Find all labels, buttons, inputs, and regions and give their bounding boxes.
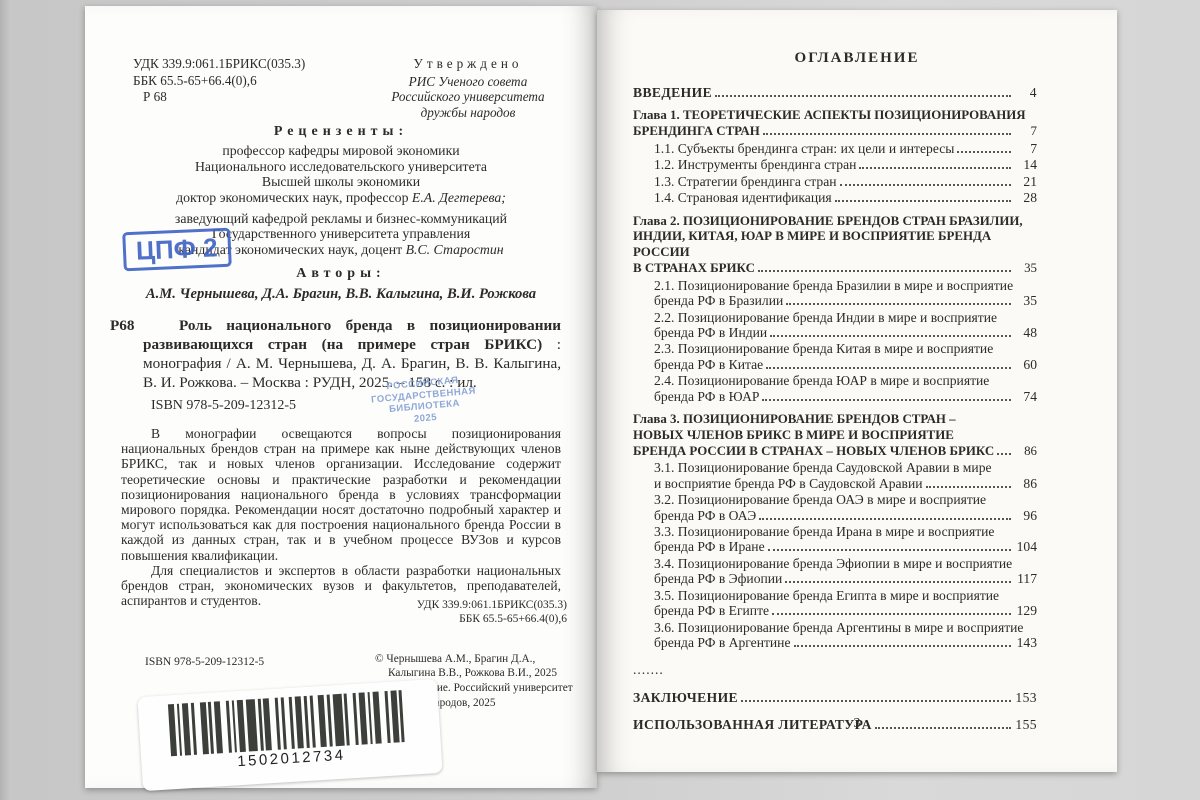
toc-entry: 1.4. Страновая идентификация28: [633, 190, 1037, 205]
annotation-paragraph: В монографии освещаются вопросы позицион…: [121, 426, 561, 563]
toc-row: бренда РФ в ОАЭ96: [654, 508, 1037, 523]
toc-entry: 3.3. Позиционирование бренда Ирана в мир…: [633, 524, 1037, 555]
toc-line: Глава 3. ПОЗИЦИОНИРОВАНИЕ БРЕНДОВ СТРАН …: [633, 412, 1037, 428]
toc-leader-dots: [957, 151, 1011, 153]
toc-page-number: 153: [1013, 690, 1037, 705]
toc-row: В СТРАНАХ БРИКС35: [633, 261, 1037, 277]
toc-leader-dots: [763, 133, 1011, 135]
toc-line-text: 1.3. Стратегии брендинга стран: [654, 174, 837, 189]
toc-page-number: 74: [1013, 389, 1037, 404]
udc-line: УДК 339.9:061.1БРИКС(035.3): [133, 56, 305, 73]
toc-line-text: бренда РФ в Иране: [654, 539, 765, 554]
toc-entry: ВВЕДЕНИЕ4: [633, 85, 1037, 100]
toc-line-text: 1.4. Страновая идентификация: [654, 190, 832, 205]
reviewer-line: Высшей школы экономики: [85, 174, 597, 189]
toc-page-number: 86: [1013, 444, 1037, 460]
toc-entry: ЗАКЛЮЧЕНИЕ153: [633, 690, 1037, 705]
page-number: 3: [597, 716, 1117, 732]
toc-entry: 3.5. Позиционирование бренда Египта в ми…: [633, 588, 1037, 619]
toc-line-text: бренда РФ в Бразилии: [654, 293, 783, 308]
toc-page-number: 35: [1013, 261, 1037, 277]
toc-line-text: бренда РФ в Аргентине: [654, 635, 791, 650]
author-sign-line: Р 68: [133, 89, 305, 106]
toc-row: 1.4. Страновая идентификация28: [654, 190, 1037, 205]
toc-page-number: 129: [1013, 603, 1037, 618]
approved-line: дружбы народов: [373, 105, 563, 121]
toc-entry: 1.2. Инструменты брендинга стран14: [633, 157, 1037, 172]
toc-line-text: бренда РФ в Египте: [654, 603, 769, 618]
toc-row: бренда РФ в Эфиопии117: [654, 571, 1037, 586]
toc-leader-dots: [926, 486, 1011, 488]
toc-line: Глава 1. ТЕОРЕТИЧЕСКИЕ АСПЕКТЫ ПОЗИЦИОНИ…: [633, 108, 1037, 124]
toc-line: 2.1. Позиционирование бренда Бразилии в …: [654, 278, 1037, 293]
copyright-line: Чернышева А.М., Брагин Д.А.,: [386, 653, 535, 665]
reviewers-heading: Рецензенты:: [85, 124, 597, 139]
toc-line: .......: [633, 662, 1037, 677]
toc-page-number: 143: [1013, 635, 1037, 650]
toc-line-text: бренда РФ в Эфиопии: [654, 571, 782, 586]
authors-names: А.М. Чернышева, Д.А. Брагин, В.В. Калыги…: [85, 286, 597, 303]
toc-page-number: 60: [1013, 357, 1037, 372]
toc-line-text: В СТРАНАХ БРИКС: [633, 261, 755, 277]
toc-page-number: 117: [1013, 571, 1037, 586]
toc-leader-dots: [768, 549, 1011, 551]
toc-entry: 2.1. Позиционирование бренда Бразилии в …: [633, 278, 1037, 309]
toc-row: бренда РФ в Иране104: [654, 539, 1037, 554]
toc-line: 3.1. Позиционирование бренда Саудовской …: [654, 460, 1037, 475]
toc-title: ОГЛАВЛЕНИЕ: [597, 50, 1117, 67]
toc-entry: Глава 2. ПОЗИЦИОНИРОВАНИЕ БРЕНДОВ СТРАН …: [633, 214, 1037, 277]
toc-row: БРЕНДИНГА СТРАН7: [633, 124, 1037, 140]
toc-page-number: 21: [1013, 174, 1037, 189]
toc-page-number: 4: [1013, 85, 1037, 100]
copyright-item: © Чернышева А.М., Брагин Д.А., Калыгина …: [375, 652, 573, 680]
toc-entry: Глава 1. ТЕОРЕТИЧЕСКИЕ АСПЕКТЫ ПОЗИЦИОНИ…: [633, 108, 1037, 140]
toc-line: Глава 2. ПОЗИЦИОНИРОВАНИЕ БРЕНДОВ СТРАН …: [633, 214, 1037, 230]
catalog-code: Р68: [110, 316, 134, 335]
toc-page-number: 35: [1013, 293, 1037, 308]
imprint-page: УДК 339.9:061.1БРИКС(035.3) ББК 65.5-65+…: [85, 6, 597, 788]
authors-block: Авторы: А.М. Чернышева, Д.А. Брагин, В.В…: [85, 266, 597, 303]
toc-page-number: 7: [1013, 141, 1037, 156]
toc-row: бренда РФ в Индии48: [654, 325, 1037, 340]
toc-line-text: ЗАКЛЮЧЕНИЕ: [633, 690, 738, 705]
bbk-line: ББК 65.5-65+66.4(0),6: [417, 612, 567, 626]
toc-row: бренда РФ в Аргентине143: [654, 635, 1037, 650]
reviewer-line: заведующий кафедрой рекламы и бизнес-ком…: [85, 211, 597, 226]
toc-leader-dots: [785, 581, 1011, 583]
toc-leader-dots: [766, 367, 1011, 369]
toc-line-text: БРЕНДА РОССИИ В СТРАНАХ – НОВЫХ ЧЛЕНОВ Б…: [633, 444, 994, 460]
table-of-contents-page: ОГЛАВЛЕНИЕ ВВЕДЕНИЕ4Глава 1. ТЕОРЕТИЧЕСК…: [597, 10, 1117, 772]
approved-heading: Утверждено: [373, 56, 563, 72]
toc-page-number: 14: [1013, 157, 1037, 172]
isbn-number: ISBN 978-5-209-12312-5: [151, 398, 296, 414]
toc-row: бренда РФ в ЮАР74: [654, 389, 1037, 404]
toc-line-text: 1.1. Субъекты брендинга стран: их цели и…: [654, 141, 954, 156]
toc-leader-dots: [770, 335, 1011, 337]
copyright-line: Калыгина В.В., Рожкова В.И., 2025: [375, 666, 573, 680]
reviewer-line: Национального исследовательского универс…: [85, 159, 597, 174]
toc-row: БРЕНДА РОССИИ В СТРАНАХ – НОВЫХ ЧЛЕНОВ Б…: [633, 444, 1037, 460]
toc-row: бренда РФ в Египте129: [654, 603, 1037, 618]
toc-line: 2.4. Позиционирование бренда ЮАР в мире …: [654, 373, 1037, 388]
toc-line: 3.2. Позиционирование бренда ОАЭ в мире …: [654, 492, 1037, 507]
scanned-book-spread: УДК 339.9:061.1БРИКС(035.3) ББК 65.5-65+…: [0, 0, 1200, 800]
degree-text: доктор экономических наук, профессор: [176, 190, 412, 205]
reviewer-line: профессор кафедры мировой экономики: [85, 143, 597, 158]
toc-row: ВВЕДЕНИЕ4: [633, 85, 1037, 100]
toc-leader-dots: [997, 453, 1011, 455]
udc-bbk-bottom: УДК 339.9:061.1БРИКС(035.3) ББК 65.5-65+…: [417, 598, 567, 626]
toc-entry: 3.2. Позиционирование бренда ОАЭ в мире …: [633, 492, 1037, 523]
approved-line: Российского университета: [373, 89, 563, 105]
toc-entry: 1.1. Субъекты брендинга стран: их цели и…: [633, 141, 1037, 156]
toc-line-text: ВВЕДЕНИЕ: [633, 85, 712, 100]
udc-line: УДК 339.9:061.1БРИКС(035.3): [417, 598, 567, 612]
toc-page-number: 28: [1013, 190, 1037, 205]
toc-line: ИНДИИ, КИТАЯ, ЮАР В МИРЕ И ВОСПРИЯТИЕ БР…: [633, 229, 1037, 261]
toc-row: ЗАКЛЮЧЕНИЕ153: [633, 690, 1037, 705]
toc-entry: 3.1. Позиционирование бренда Саудовской …: [633, 460, 1037, 491]
cpf-stamp: ЦПФ 2: [122, 228, 231, 272]
toc-leader-dots: [859, 167, 1011, 169]
approved-block: Утверждено РИС Ученого совета Российског…: [373, 56, 563, 120]
toc-row: 1.1. Субъекты брендинга стран: их цели и…: [654, 141, 1037, 156]
toc-entry: 1.3. Стратегии брендинга стран21: [633, 174, 1037, 189]
toc-row: 1.2. Инструменты брендинга стран14: [654, 157, 1037, 172]
toc-entry: 3.6. Позиционирование бренда Аргентины в…: [633, 620, 1037, 651]
toc-entry: Глава 3. ПОЗИЦИОНИРОВАНИЕ БРЕНДОВ СТРАН …: [633, 412, 1037, 459]
book-title: Роль национального бренда в позициониров…: [143, 317, 561, 353]
udc-bbk-block: УДК 339.9:061.1БРИКС(035.3) ББК 65.5-65+…: [133, 56, 305, 106]
toc-line-text: бренда РФ в Индии: [654, 325, 767, 340]
toc-entry: 3.4. Позиционирование бренда Эфиопии в м…: [633, 556, 1037, 587]
toc-row: бренда РФ в Бразилии35: [654, 293, 1037, 308]
toc-line: 3.4. Позиционирование бренда Эфиопии в м…: [654, 556, 1037, 571]
toc-leader-dots: [715, 95, 1011, 97]
toc-row: бренда РФ в Китае60: [654, 357, 1037, 372]
toc-entry: .......: [633, 662, 1037, 677]
toc-page-number: 48: [1013, 325, 1037, 340]
barcode-sticker: 1502012734: [137, 679, 442, 791]
toc-line: 3.3. Позиционирование бренда Ирана в мир…: [654, 524, 1037, 539]
isbn-number-bottom: ISBN 978-5-209-12312-5: [145, 656, 264, 668]
toc-line: НОВЫХ ЧЛЕНОВ БРИКС В МИРЕ И ВОСПРИЯТИЕ: [633, 428, 1037, 444]
toc-list: ВВЕДЕНИЕ4Глава 1. ТЕОРЕТИЧЕСКИЕ АСПЕКТЫ …: [633, 84, 1037, 733]
toc-row: и восприятие бренда РФ в Саудовской Арав…: [654, 476, 1037, 491]
copyright-symbol: ©: [375, 653, 384, 665]
toc-entry: 2.4. Позиционирование бренда ЮАР в мире …: [633, 373, 1037, 404]
toc-line-text: и восприятие бренда РФ в Саудовской Арав…: [654, 476, 923, 491]
toc-line-text: бренда РФ в ОАЭ: [654, 508, 756, 523]
toc-leader-dots: [762, 399, 1011, 401]
toc-leader-dots: [835, 200, 1011, 202]
toc-line-text: бренда РФ в ЮАР: [654, 389, 759, 404]
bbk-line: ББК 65.5-65+66.4(0),6: [133, 73, 305, 90]
approved-line: РИС Ученого совета: [373, 74, 563, 90]
toc-leader-dots: [794, 645, 1012, 647]
toc-leader-dots: [772, 613, 1011, 615]
toc-leader-dots: [741, 700, 1011, 702]
toc-row: 1.3. Стратегии брендинга стран21: [654, 174, 1037, 189]
toc-line-text: БРЕНДИНГА СТРАН: [633, 124, 760, 140]
toc-page-number: 96: [1013, 508, 1037, 523]
toc-leader-dots: [759, 518, 1011, 520]
toc-line: 2.3. Позиционирование бренда Китая в мир…: [654, 341, 1037, 356]
toc-leader-dots: [758, 270, 1011, 272]
toc-line-text: бренда РФ в Китае: [654, 357, 763, 372]
toc-page-number: 104: [1013, 539, 1037, 554]
toc-entry: 2.2. Позиционирование бренда Индии в мир…: [633, 310, 1037, 341]
toc-entry: 2.3. Позиционирование бренда Китая в мир…: [633, 341, 1037, 372]
toc-line-text: 1.2. Инструменты брендинга стран: [654, 157, 856, 172]
annotation-block: В монографии освещаются вопросы позицион…: [121, 426, 561, 608]
toc-line: 2.2. Позиционирование бренда Индии в мир…: [654, 310, 1037, 325]
toc-line: 3.6. Позиционирование бренда Аргентины в…: [654, 620, 1037, 635]
reviewer-name: В.С. Старостин: [406, 242, 504, 257]
reviewer-name: Е.А. Дегтерева;: [412, 190, 506, 205]
toc-leader-dots: [786, 303, 1011, 305]
toc-line: 3.5. Позиционирование бренда Египта в ми…: [654, 588, 1037, 603]
toc-leader-dots: [840, 184, 1012, 186]
toc-page-number: 7: [1013, 124, 1037, 140]
toc-page-number: 86: [1013, 476, 1037, 491]
authors-heading: Авторы:: [85, 266, 597, 282]
reviewer-degree: доктор экономических наук, профессор Е.А…: [85, 190, 597, 205]
